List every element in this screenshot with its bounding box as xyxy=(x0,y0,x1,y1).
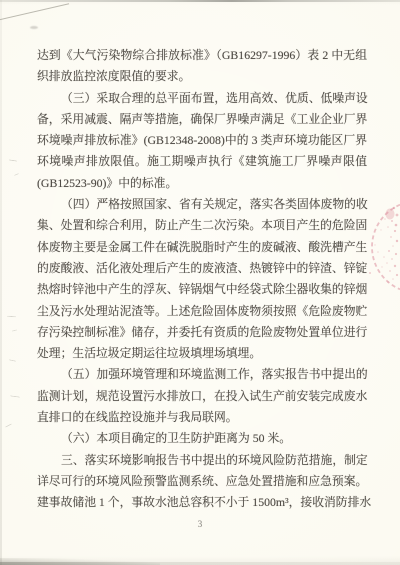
document-line: 环境噪声排放标准》(GB12348-2008)中的 3 类声环境功能区厂界 xyxy=(37,130,367,151)
scan-mark xyxy=(10,395,20,397)
document-text: 达到《大气污染物综合排放标准》（GB16297-1996）表 2 中无组织排放监… xyxy=(37,45,367,514)
document-line: 织排放监控浓度限值的要求。 xyxy=(37,66,367,87)
document-line: (GB12523-90)》中的标准。 xyxy=(37,173,367,194)
document-line: 的废酸液、活化液处理后产生的废液渣、热镀锌中的锌渣、锌锭 xyxy=(37,258,367,279)
document-line: 处理；生活垃圾定期运往垃圾填埋场填埋。 xyxy=(37,343,367,364)
document-line: 尘及污水处理站泥渣等。上述危险固体废物须按照《危险废物贮 xyxy=(37,301,367,322)
document-line: （三）采取合理的总平面布置，选用高效、优质、低噪声设 xyxy=(37,88,367,109)
scanned-document-page: 达到《大气污染物综合排放标准》（GB16297-1996）表 2 中无组织排放监… xyxy=(0,0,400,565)
scan-mark xyxy=(9,359,16,361)
document-line: 详尽可行的环境风险预警监测系统、应急处置措施和应急预案。 xyxy=(37,471,367,492)
document-line: 体废物主要是金属工件在碱洗脱脂时产生的废碱液、酸洗槽产生 xyxy=(37,237,367,258)
document-line: 备，采用减震、隔声等措施，确保厂界噪声满足《工业企业厂界 xyxy=(37,109,367,130)
scan-mark xyxy=(12,329,17,331)
document-line: 建事故储池 1 个，事故水池总容积不小于 1500m³，接收消防排水 xyxy=(37,492,367,513)
document-line: 监测计划，规范设置污水排放口，在投入试生产前安装完成废水 xyxy=(37,386,367,407)
scan-mark xyxy=(5,423,12,427)
scan-mark xyxy=(7,316,16,318)
document-line: 达到《大气污染物综合排放标准》（GB16297-1996）表 2 中无组 xyxy=(37,45,367,66)
document-line: （六）本项目确定的卫生防护距离为 50 米。 xyxy=(37,428,367,449)
red-seal-fragment xyxy=(366,197,400,297)
document-line: 存污染控制标准》储存，并委托有资质的危险废物处置单位进行 xyxy=(37,322,367,343)
document-line: （四）严格按照国家、省有关规定，落实各类固体废物的收 xyxy=(37,194,367,215)
scan-edge-top xyxy=(0,0,400,2)
document-line: 集、处置和综合利用，防止产生二次污染。本项目产生的危险固 xyxy=(37,215,367,236)
scan-edge-top-left xyxy=(0,3,69,22)
scan-smudge xyxy=(30,26,38,29)
scan-edge-left xyxy=(0,0,2,565)
page-number: 3 xyxy=(193,518,207,530)
document-line: 三、落实环境影响报告书中提出的环境风险防范措施，制定 xyxy=(37,450,367,471)
scan-mark xyxy=(9,159,17,161)
document-line: 环境噪声排放限值。施工期噪声执行《建筑施工厂界噪声限值 xyxy=(37,151,367,172)
document-line: 直排口的在线监控设施并与我局联网。 xyxy=(37,407,367,428)
scan-edge-bottom-wedge xyxy=(0,558,160,565)
document-line: （五）加强环境管理和环境监测工作，落实报告书中提出的 xyxy=(37,364,367,385)
scan-mark xyxy=(14,173,19,176)
document-line: 热熔时锌池中产生的浮灰、锌锅烟气中经袋式除尘器收集的锌烟 xyxy=(37,279,367,300)
